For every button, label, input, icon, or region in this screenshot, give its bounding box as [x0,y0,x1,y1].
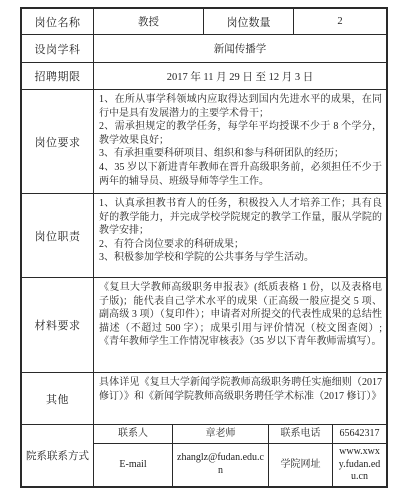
duty-item: 2、有符合岗位要求的科研成果； [99,238,382,252]
discipline-label: 设岗学科 [22,35,93,62]
contact-website-value: www.xwxy.fudan.edu.cn [332,444,386,487]
materials-text: 《复旦大学教师高级职务申报表》(纸质表格 1 份，以及表格电子版)；能代表自己学… [93,278,386,372]
contact-website-label: 学院网址 [268,444,332,487]
contact-phone-value: 65642317 [332,425,386,443]
discipline-value: 新闻传播学 [93,35,386,62]
other-paragraph: 具体详见《复旦大学新闻学院教师高级职务聘任实施细则（2017 修订）》和《新闻学… [99,376,382,403]
row-position: 岗位名称 教授 岗位数量 2 [22,9,386,35]
other-text: 具体详见《复旦大学新闻学院教师高级职务聘任实施细则（2017 修订）》和《新闻学… [93,373,386,424]
row-materials: 材料要求 《复旦大学教师高级职务申报表》(纸质表格 1 份，以及表格电子版)；能… [22,278,386,373]
row-other: 其他 具体详见《复旦大学新闻学院教师高级职务聘任实施细则（2017 修订）》和《… [22,373,386,425]
duty-item: 1、认真承担教书育人的任务，积极投入人才培养工作；具有良好的教学能力，并完成学校… [99,197,382,238]
row-duties: 岗位职责 1、认真承担教书育人的任务，积极投入人才培养工作；具有良好的教学能力，… [22,194,386,278]
position-name-label: 岗位名称 [22,9,93,34]
duties-text: 1、认真承担教书育人的任务，积极投入人才培养工作；具有良好的教学能力，并完成学校… [93,194,386,277]
duty-item: 3、积极参加学校和学院的公共事务与学生活动。 [99,251,382,265]
row-period: 招聘期限 2017 年 11 月 29 日 至 12 月 3 日 [22,63,386,90]
requirements-text: 1、在所从事学科领域内应取得达到国内先进水平的成果，在同行中是具有发展潜力的主要… [93,90,386,193]
materials-paragraph: 《复旦大学教师高级职务申报表》(纸质表格 1 份，以及表格电子版)；能代表自己学… [99,281,382,349]
requirement-item: 2、需承担规定的教学任务，每学年平均授课不少于 8 个学分，教学效果良好； [99,120,382,147]
recruitment-table: 岗位名称 教授 岗位数量 2 设岗学科 新闻传播学 招聘期限 2017 年 11… [20,7,388,488]
position-name-value: 教授 [93,9,203,34]
contact-email-value: zhanglz@fudan.edu.cn [172,444,268,487]
requirement-item: 3、有承担重要科研项目、组织和参与科研团队的经历； [99,147,382,161]
row-contact: 院系联系方式 联系人 章老师 联系电话 65642317 E-mail zhan… [22,425,386,486]
requirement-item: 4、35 岁以下新进青年教师在晋升高级职务前，必须担任不少于两年的辅导员、班级导… [99,161,382,188]
contact-person-label: 联系人 [94,425,172,443]
duties-label: 岗位职责 [22,194,93,277]
other-label: 其他 [22,373,93,424]
period-value: 2017 年 11 月 29 日 至 12 月 3 日 [93,63,386,89]
contact-person-value: 章老师 [172,425,268,443]
recruitment-notice-page: 岗位名称 教授 岗位数量 2 设岗学科 新闻传播学 招聘期限 2017 年 11… [0,0,405,500]
contact-phone-label: 联系电话 [268,425,332,443]
row-requirements: 岗位要求 1、在所从事学科领域内应取得达到国内先进水平的成果，在同行中是具有发展… [22,90,386,194]
row-discipline: 设岗学科 新闻传播学 [22,35,386,63]
position-count-value: 2 [293,9,386,34]
position-count-label: 岗位数量 [203,9,293,34]
contact-email-label: E-mail [94,444,172,487]
period-label: 招聘期限 [22,63,93,89]
materials-label: 材料要求 [22,278,93,372]
contact-grid: 联系人 章老师 联系电话 65642317 E-mail zhanglz@fud… [93,425,386,486]
requirement-item: 1、在所从事学科领域内应取得达到国内先进水平的成果，在同行中是具有发展潜力的主要… [99,93,382,120]
contact-subrow-person: 联系人 章老师 联系电话 65642317 [94,425,386,444]
requirements-label: 岗位要求 [22,90,93,193]
contact-label: 院系联系方式 [22,425,93,486]
contact-subrow-email: E-mail zhanglz@fudan.edu.cn 学院网址 www.xwx… [94,444,386,487]
